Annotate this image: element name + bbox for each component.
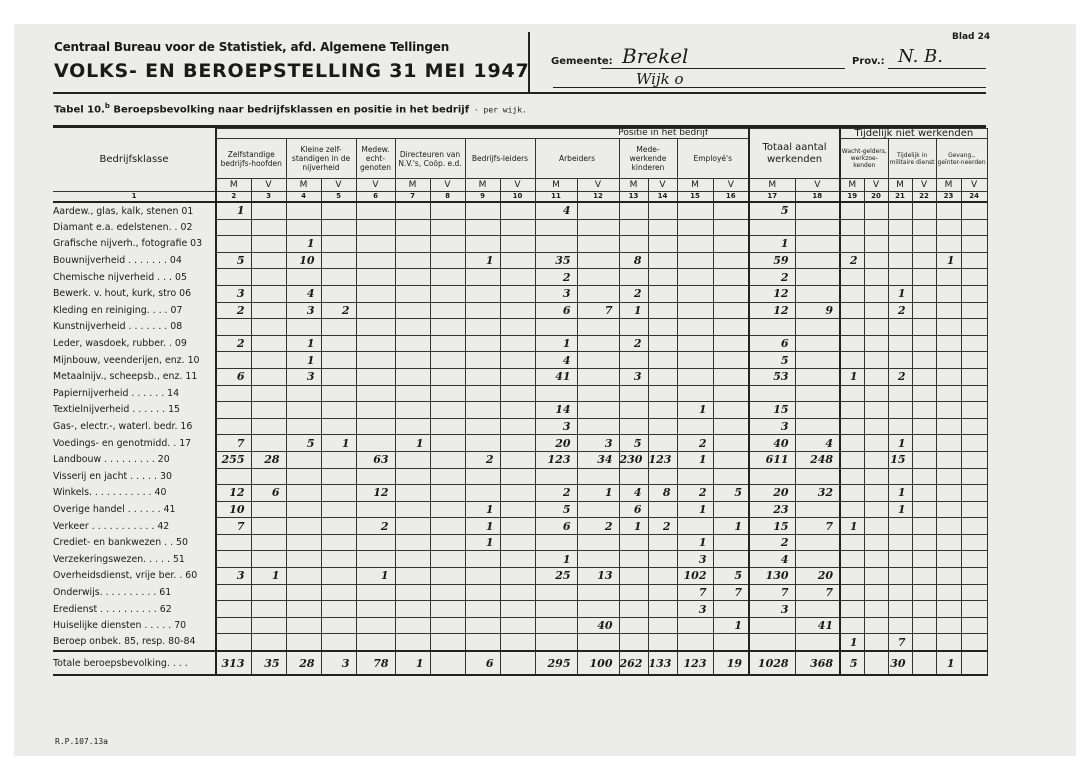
cell-value [577,468,619,485]
cell-value [912,601,936,618]
table-row: Landbouw . . . . . . . . . 2025528632123… [53,451,987,468]
cell-value [961,568,987,585]
cell-value [619,319,648,336]
cell-value [912,368,936,385]
cell-value [430,402,465,419]
cell-value [912,435,936,452]
cell-value: 6 [465,651,500,675]
cell-value [961,634,987,651]
col-number: 9 [465,192,500,203]
cell-value [936,501,961,518]
cell-value [430,468,465,485]
cell-value [286,202,321,219]
cell-value: 6 [251,485,286,502]
table-row: Kleding en reiniging. . . . 072326711292 [53,302,987,319]
cell-value [430,418,465,435]
cell-value [356,302,395,319]
cell-value [912,534,936,551]
cell-value [648,584,677,601]
cell-value [677,319,713,336]
cell-value [961,352,987,369]
cell-value [356,368,395,385]
cell-value [251,236,286,253]
cell-value: 7 [577,302,619,319]
cell-value [912,451,936,468]
cell-value: 1 [535,551,577,568]
cell-value: 295 [535,651,577,675]
cell-value: 1 [677,451,713,468]
cell-value [619,634,648,651]
cell-value [912,634,936,651]
cell-value [465,435,500,452]
cell-value [713,468,749,485]
cell-value [864,435,888,452]
row-label: Kunstnijverheid . . . . . . . 08 [53,319,216,336]
cell-value: 10 [216,501,251,518]
cell-value: 3 [535,285,577,302]
cell-value: 5 [840,651,864,675]
cell-value [321,385,356,402]
cell-value: 1 [465,501,500,518]
cell-value [840,451,864,468]
cell-value [912,485,936,502]
cell-value [619,352,648,369]
cell-value [395,617,430,634]
cell-value [795,285,840,302]
sub-header: V [356,179,395,192]
table-caption-text: Beroepsbevolking naar bedrijfsklassen en… [110,104,469,115]
cell-value [936,236,961,253]
cell-value [430,451,465,468]
cell-value [251,252,286,269]
cell-value [840,352,864,369]
cell-value [648,468,677,485]
cell-value [840,617,864,634]
cell-value [619,219,648,236]
cell-value: 3 [216,568,251,585]
cell-value [619,534,648,551]
row-label: Overige handel . . . . . . 41 [53,501,216,518]
cell-value [395,285,430,302]
cell-value [321,252,356,269]
row-label: Overheidsdienst, vrije ber. . 60 [53,568,216,585]
cell-value [795,385,840,402]
cell-value [216,617,251,634]
cell-value [912,319,936,336]
cell-value [395,202,430,219]
cell-value [251,468,286,485]
row-label: Textielnijverheid . . . . . . 15 [53,402,216,419]
cell-value: 63 [356,451,395,468]
cell-value: 5 [713,485,749,502]
sub-header: V [795,179,840,192]
cell-value [936,518,961,535]
table-caption-prefix: Tabel 10. [54,104,105,115]
cell-value [961,219,987,236]
cell-value: 1 [713,617,749,634]
cell-value [430,302,465,319]
cell-value [713,252,749,269]
cell-value [619,617,648,634]
cell-value [465,335,500,352]
cell-value [888,385,912,402]
cell-value [677,269,713,286]
cell-value [961,468,987,485]
cell-value: 1 [749,236,795,253]
cell-value [500,385,535,402]
cell-value [321,269,356,286]
cell-value [936,368,961,385]
cell-value [648,385,677,402]
cell-value [619,202,648,219]
cell-value: 3 [286,302,321,319]
cell-value [430,352,465,369]
sub-header: V [251,179,286,192]
cell-value [961,302,987,319]
sub-header: V [321,179,356,192]
cell-value [430,368,465,385]
cell-value [500,451,535,468]
cell-value [356,601,395,618]
cell-value [961,402,987,419]
cell-value [864,551,888,568]
cell-value: 4 [619,485,648,502]
cell-value [619,269,648,286]
cell-value [912,285,936,302]
col-header-militaire-dienst: Tijdelijk in militaire dienst [888,139,936,179]
wijk-value: Wijk o [636,70,684,88]
cell-value [936,568,961,585]
cell-value [500,534,535,551]
cell-value [356,617,395,634]
cell-value [577,551,619,568]
table-caption-suffix: · per wijk. [469,105,527,114]
cell-value [251,617,286,634]
cell-value: 7 [795,584,840,601]
cell-value [465,551,500,568]
cell-value [713,601,749,618]
table-row: Textielnijverheid . . . . . . 1514115 [53,402,987,419]
cell-value [888,269,912,286]
cell-value: 313 [216,651,251,675]
cell-value [465,385,500,402]
cell-value [840,402,864,419]
cell-value [795,335,840,352]
cell-value: 5 [619,435,648,452]
cell-value: 40 [749,435,795,452]
cell-value [430,335,465,352]
cell-value [864,501,888,518]
cell-value: 3 [216,285,251,302]
cell-value [936,418,961,435]
cell-value [321,584,356,601]
cell-value: 1 [840,368,864,385]
cell-value: 1 [888,435,912,452]
cell-value [321,285,356,302]
cell-value [619,236,648,253]
cell-value [713,269,749,286]
cell-value [936,534,961,551]
cell-value [749,617,795,634]
cell-value [888,551,912,568]
cell-value [216,319,251,336]
cell-value [430,319,465,336]
cell-value [961,601,987,618]
cell-value: 7 [888,634,912,651]
cell-value [577,368,619,385]
cell-value [713,219,749,236]
cell-value: 5 [749,202,795,219]
cell-value [356,634,395,651]
cell-value [216,634,251,651]
cell-value: 2 [356,518,395,535]
cell-value [936,601,961,618]
cell-value: 2 [465,451,500,468]
col-header-geinterneerden: Gevang., geïnter-neerden [936,139,987,179]
cell-value: 2 [535,269,577,286]
sub-header: M [749,179,795,192]
cell-value [713,451,749,468]
row-label: Chemische nijverheid . . . 05 [53,269,216,286]
cell-value [864,202,888,219]
cell-value [795,634,840,651]
sub-header: M [286,179,321,192]
cell-value [795,551,840,568]
sub-header: M [840,179,864,192]
col-header-medew-echtgenoten: Medew. echt-genoten [356,139,395,179]
cell-value [321,468,356,485]
col-group-tijdelijk: Tijdelijk niet werkenden [840,129,987,139]
sub-header: M [465,179,500,192]
cell-value [356,352,395,369]
cell-value: 7 [677,584,713,601]
cell-value [535,634,577,651]
table-row: Gas-, electr.-, waterl. bedr. 1633 [53,418,987,435]
cell-value [961,584,987,601]
cell-value [251,435,286,452]
row-label: Bouwnijverheid . . . . . . . 04 [53,252,216,269]
cell-value: 32 [795,485,840,502]
cell-value [395,269,430,286]
cell-value [961,617,987,634]
cell-value: 1 [465,534,500,551]
cell-value [356,402,395,419]
cell-value [356,219,395,236]
cell-value [912,651,936,675]
cell-value [465,202,500,219]
cell-value: 1 [713,518,749,535]
cell-value [864,518,888,535]
cell-value [321,617,356,634]
col-number: 14 [648,192,677,203]
cell-value [251,601,286,618]
cell-value [286,468,321,485]
cell-value [936,352,961,369]
cell-value [864,468,888,485]
cell-value [430,617,465,634]
cell-value [961,451,987,468]
row-label: Huiselijke diensten . . . . . 70 [53,617,216,634]
cell-value [840,468,864,485]
cell-value [840,319,864,336]
cell-value [864,352,888,369]
cell-value: 2 [535,485,577,502]
cell-value [961,435,987,452]
cell-value: 3 [749,418,795,435]
cell-value [840,269,864,286]
cell-value: 2 [888,368,912,385]
cell-value: 230 [619,451,648,468]
cell-value [430,634,465,651]
cell-value: 2 [216,335,251,352]
col-number: 10 [500,192,535,203]
row-label: Diamant e.a. edelstenen. . 02 [53,219,216,236]
cell-value [912,568,936,585]
cell-value [888,202,912,219]
cell-value [286,451,321,468]
cell-value: 6 [216,368,251,385]
cell-value [677,285,713,302]
sub-header: M [677,179,713,192]
cell-value: 4 [749,551,795,568]
cell-value [840,418,864,435]
cell-value [216,352,251,369]
col-number: 5 [321,192,356,203]
cell-value [251,285,286,302]
cell-value [864,269,888,286]
cell-value [430,285,465,302]
cell-value [395,236,430,253]
cell-value [864,601,888,618]
col-header-medewerkende-kinderen: Mede-werkende kinderen [619,139,677,179]
cell-value [864,584,888,601]
cell-value: 1 [840,518,864,535]
cell-value [356,202,395,219]
cell-value [395,335,430,352]
row-label: Aardew., glas, kalk, stenen 01 [53,202,216,219]
cell-value [251,402,286,419]
cell-value [321,402,356,419]
cell-value: 30 [888,651,912,675]
cell-value [888,352,912,369]
cell-value: 3 [749,601,795,618]
cell-value [840,335,864,352]
cell-value [500,651,535,675]
cell-value [356,584,395,601]
cell-value [864,617,888,634]
table-row: Crediet- en bankwezen . . 50112 [53,534,987,551]
cell-value [216,236,251,253]
cell-value [395,584,430,601]
cell-value [713,236,749,253]
cell-value [500,269,535,286]
cell-value: 248 [795,451,840,468]
cell-value [500,236,535,253]
cell-value: 5 [216,252,251,269]
cell-value: 4 [286,285,321,302]
cell-value [936,385,961,402]
cell-value [864,219,888,236]
cell-value [251,584,286,601]
cell-value [713,435,749,452]
form-code: R.P.107.13a [55,737,108,746]
cell-value: 1 [936,252,961,269]
cell-value [677,368,713,385]
cell-value [795,252,840,269]
sub-header: V [713,179,749,192]
col-number: 16 [713,192,749,203]
cell-value [961,319,987,336]
cell-value [577,634,619,651]
cell-value [577,501,619,518]
cell-value [395,601,430,618]
cell-value [713,352,749,369]
cell-value [535,385,577,402]
table-row: Leder, wasdoek, rubber. . 0921126 [53,335,987,352]
cell-value [648,601,677,618]
cell-value [912,501,936,518]
cell-value [465,302,500,319]
cell-value [577,352,619,369]
cell-value [535,534,577,551]
cell-value [677,617,713,634]
cell-value: 8 [648,485,677,502]
cell-value [795,236,840,253]
cell-value [864,302,888,319]
cell-value [795,202,840,219]
col-number: 17 [749,192,795,203]
cell-value [395,551,430,568]
cell-value: 1 [840,634,864,651]
cell-value: 2 [840,252,864,269]
cell-value [840,551,864,568]
cell-value [395,634,430,651]
cell-value [888,236,912,253]
cell-value [648,634,677,651]
col-number: 2 [216,192,251,203]
cell-value [936,435,961,452]
cell-value [577,584,619,601]
row-label: Landbouw . . . . . . . . . 20 [53,451,216,468]
cell-value: 1 [577,485,619,502]
cell-value [286,418,321,435]
cell-value [465,269,500,286]
cell-value [500,501,535,518]
cell-value [430,651,465,675]
cell-value [795,501,840,518]
cell-value: 5 [749,352,795,369]
cell-value [356,534,395,551]
cell-value [500,584,535,601]
cell-value [500,485,535,502]
cell-value [840,601,864,618]
cell-value [395,302,430,319]
table-row: Bewerk. v. hout, kurk, stro 063432121 [53,285,987,302]
cell-value: 14 [535,402,577,419]
cell-value [321,368,356,385]
cell-value [465,352,500,369]
cell-value [286,485,321,502]
cell-value [321,551,356,568]
cell-value: 1 [888,485,912,502]
table-row: Beroep onbek. 85, resp. 80-8417 [53,634,987,651]
cell-value: 1 [395,651,430,675]
prov-label: Prov.: [852,56,885,67]
cell-value: 3 [619,368,648,385]
cell-value [500,302,535,319]
col-header-zelfstandige: Zelfstandige bedrijfs-hoofden [216,139,286,179]
cell-value [465,601,500,618]
